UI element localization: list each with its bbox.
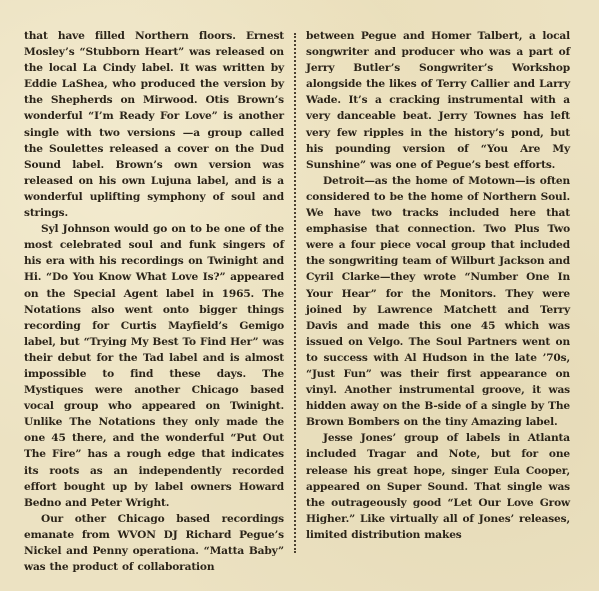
paragraph: Syl Johnson would go on to be one of the…: [24, 221, 284, 511]
paragraph: Our other Chicago based recordings emana…: [24, 511, 284, 575]
column-divider: [294, 33, 296, 553]
right-column: between Pegue and Homer Talbert, a local…: [306, 28, 570, 543]
paragraph: Jesse Jones’ group of labels in Atlanta …: [306, 430, 570, 543]
paragraph: between Pegue and Homer Talbert, a local…: [306, 28, 570, 173]
paragraph: that have filled Northern floors. Ernest…: [24, 28, 284, 221]
paragraph: Detroit—as the home of Motown—is often c…: [306, 173, 570, 431]
liner-notes-page: that have filled Northern floors. Ernest…: [0, 0, 599, 591]
left-column: that have filled Northern floors. Ernest…: [24, 28, 284, 575]
